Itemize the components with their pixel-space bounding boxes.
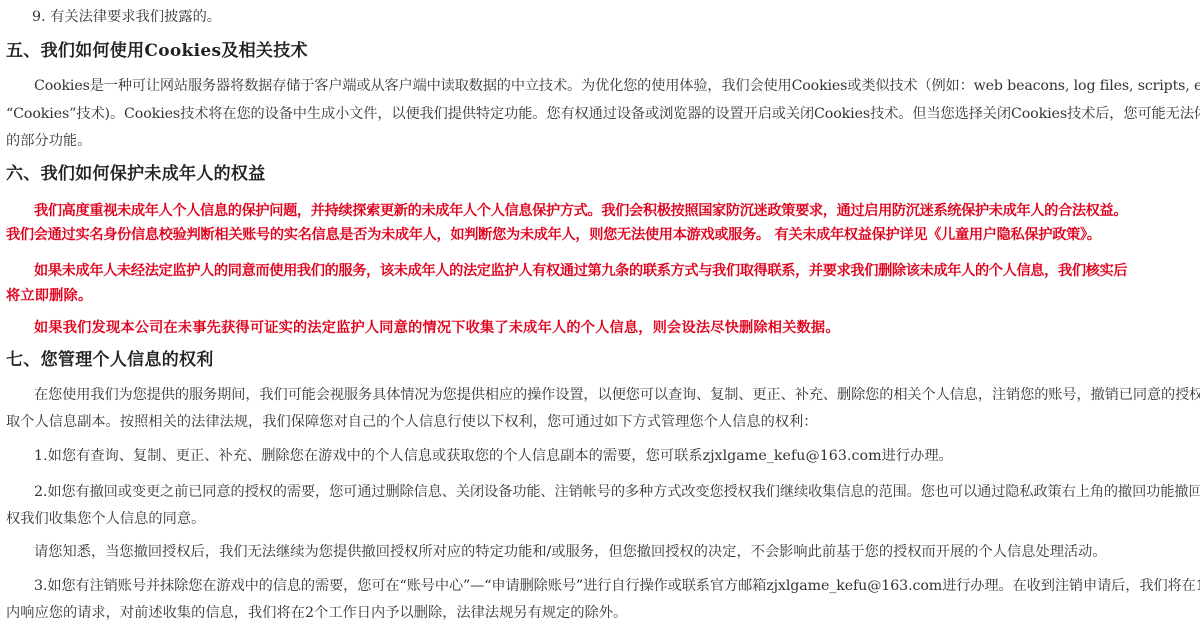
guardian-consent-paragraph-line: 将立即删除。 [6, 286, 92, 306]
rights-item-3-line: 内响应您的请求，对前述收集的信息，我们将在2个工作日内予以删除，法律法规另有规定… [6, 603, 627, 623]
rights-item-3-line: 3.如您有注销账号并抹除您在游戏中的信息的需要，您可在“账号中心”—“申请删除账… [34, 576, 1200, 596]
section-7-heading: 七、您管理个人信息的权利 [6, 350, 214, 370]
section-6-heading: 六、我们如何保护未成年人的权益 [6, 164, 266, 184]
section-7-paragraph-line: 取个人信息副本。按照相关的法律法规，我们保障您对自己的个人信息行使以下权利，您可… [6, 412, 818, 432]
rights-item-2-line: 权我们收集您个人信息的同意。 [6, 509, 205, 529]
minor-protection-paragraph-line: 我们高度重视未成年人个人信息的保护问题，并持续探索更新的未成年人个人信息保护方式… [34, 201, 1127, 221]
section-5-heading: 五、我们如何使用Cookies及相关技术 [6, 41, 308, 61]
rights-item-2-line: 2.如您有撤回或变更之前已同意的授权的需要，您可通过删除信息、关闭设备功能、注销… [34, 482, 1200, 502]
list-item-9: 9. 有关法律要求我们披露的。 [32, 7, 221, 27]
section-5-paragraph-line: 的部分功能。 [6, 131, 91, 151]
guardian-consent-paragraph-line: 如果未成年人未经法定监护人的同意而使用我们的服务，该未成年人的法定监护人有权通过… [34, 261, 1127, 281]
rights-item-1: 1.如您有查询、复制、更正、补充、删除您在游戏中的个人信息或获取您的个人信息副本… [34, 446, 953, 466]
withdraw-notice: 请您知悉，当您撤回授权后，我们无法继续为您提供撤回授权所对应的特定功能和/或服务… [34, 542, 1107, 562]
minor-protection-paragraph-line: 我们会通过实名身份信息校验判断相关账号的实名信息是否为未成年人，如判断您为未成年… [6, 225, 1101, 245]
section-7-paragraph-line: 在您使用我们为您提供的服务期间，我们可能会视服务具体情况为您提供相应的操作设置，… [34, 385, 1200, 405]
section-5-paragraph-line: Cookies是一种可让网站服务器将数据存储于客户端或从客户端中读取数据的中立技… [34, 76, 1200, 96]
section-5-paragraph-line: “Cookies”技术)。Cookies技术将在您的设备中生成小文件，以便我们提… [6, 104, 1200, 124]
data-deletion-paragraph-line: 如果我们发现本公司在未事先获得可证实的法定监护人同意的情况下收集了未成年人的个人… [34, 318, 840, 338]
